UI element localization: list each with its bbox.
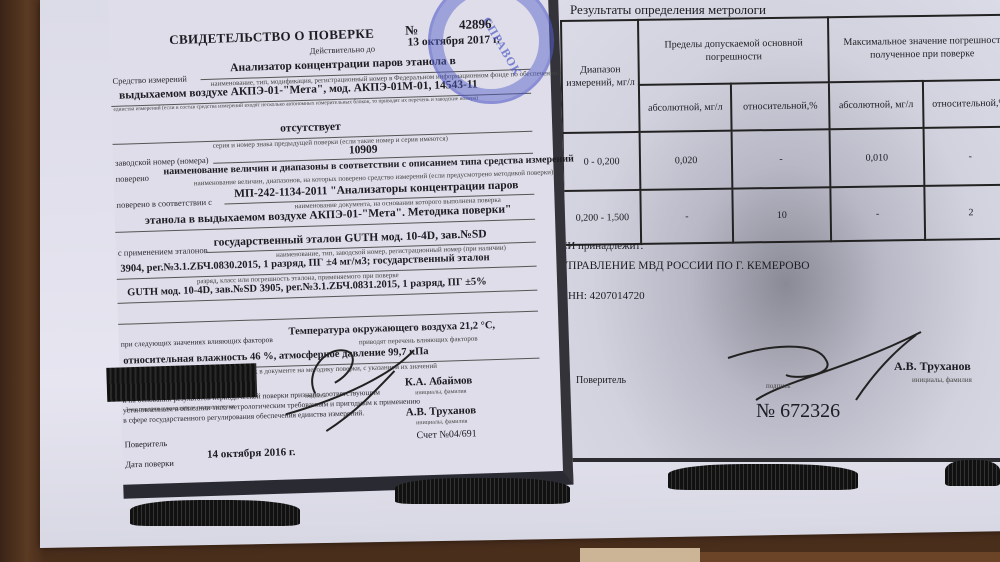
valid-until-label: Действительно до: [310, 44, 376, 56]
prev-mark-value: отсутствует: [280, 121, 341, 135]
cell-limit-abs: 0,020: [640, 131, 732, 190]
col-max-error: Максимальное значение погрешност получен…: [828, 15, 1000, 82]
redacted-blot: [130, 500, 300, 526]
standards-label: с применением эталонов: [118, 245, 208, 258]
table-row: 0,200 - 1,500 - 10 - 2: [563, 185, 1000, 245]
stamp-text: СПРАВОК: [479, 14, 525, 78]
table-row: 0 - 0,200 0,020 - 0,010 -: [563, 127, 1000, 191]
date-label: Дата поверки: [125, 458, 174, 470]
verifier-hint: инициалы, фамилия: [912, 376, 972, 384]
redacted-block: [106, 363, 257, 402]
redacted-blot: [945, 460, 1000, 486]
verified-label: поверено: [115, 173, 149, 184]
cell-max-rel: -: [923, 127, 1000, 186]
form-number: № 672326: [756, 400, 840, 423]
wooden-block: [580, 548, 700, 562]
owner-name: УПРАВЛЕНИЕ МВД РОССИИ ПО Г. КЕМЕРОВО: [560, 260, 810, 272]
wooden-table-left: [0, 0, 45, 562]
unit-hint: Знак поверки руководителя подразделения: [125, 404, 234, 413]
method-label: поверено в соответствии с: [116, 197, 212, 210]
col-range: Диапазон измерений, мг/л: [561, 20, 640, 133]
col-limits: Пределы допускаемой основной погрешности: [638, 17, 829, 84]
cell-max-rel: 2: [924, 185, 1000, 240]
cell-limit-abs: -: [641, 189, 733, 244]
signature-icon: [264, 340, 427, 435]
redacted-blot: [395, 478, 570, 504]
col-max-abs: абсолютной, мг/л: [829, 81, 923, 130]
owner-label: СИ принадлежит:: [560, 240, 643, 252]
conditions-label: при следующих значениях влияющих факторо…: [121, 335, 273, 349]
wooden-table-bottom: [700, 552, 1000, 562]
verification-date: 14 октября 2016 г.: [207, 446, 296, 461]
results-table: Диапазон измерений, мг/л Пределы допуска…: [560, 14, 1000, 246]
signature-hint: подпись: [305, 393, 326, 400]
verifier-hint: инициалы, фамилия: [416, 419, 467, 427]
verifier-label: Поверитель: [576, 375, 626, 386]
results-sheet: Результаты определения метрологи Диапазо…: [548, 0, 1000, 462]
cell-max-abs: 0,010: [830, 128, 924, 187]
cell-range: 0,200 - 1,500: [563, 190, 641, 245]
col-max-rel: относительной,%: [922, 79, 1000, 128]
col-limit-rel: относительной,%: [731, 82, 830, 131]
verifier-name: А.В. Труханов: [894, 359, 971, 374]
head-name: К.А. Абаймов: [405, 374, 473, 388]
head-hint: инициалы, фамилия: [415, 389, 466, 397]
verifier-name: А.В. Труханов: [406, 404, 477, 418]
cell-limit-rel: 10: [732, 187, 831, 242]
redacted-blot: [668, 464, 858, 490]
cell-max-abs: -: [831, 186, 925, 241]
certificate-signatures: Знак поверки руководителя подразделения …: [104, 346, 548, 490]
owner-inn: ИНН: 4207014720: [560, 290, 645, 302]
signature-hint: подпись: [766, 382, 790, 390]
serial-number: 10909: [349, 144, 378, 157]
results-heading: Результаты определения метрологи: [570, 2, 766, 18]
instrument-label: Средство измерений: [112, 74, 187, 86]
account-number: Счет №04/691: [416, 428, 477, 441]
col-limit-abs: абсолютной, мг/л: [639, 83, 731, 132]
verifier-label: Поверитель: [125, 438, 168, 449]
cell-limit-rel: -: [731, 129, 830, 188]
